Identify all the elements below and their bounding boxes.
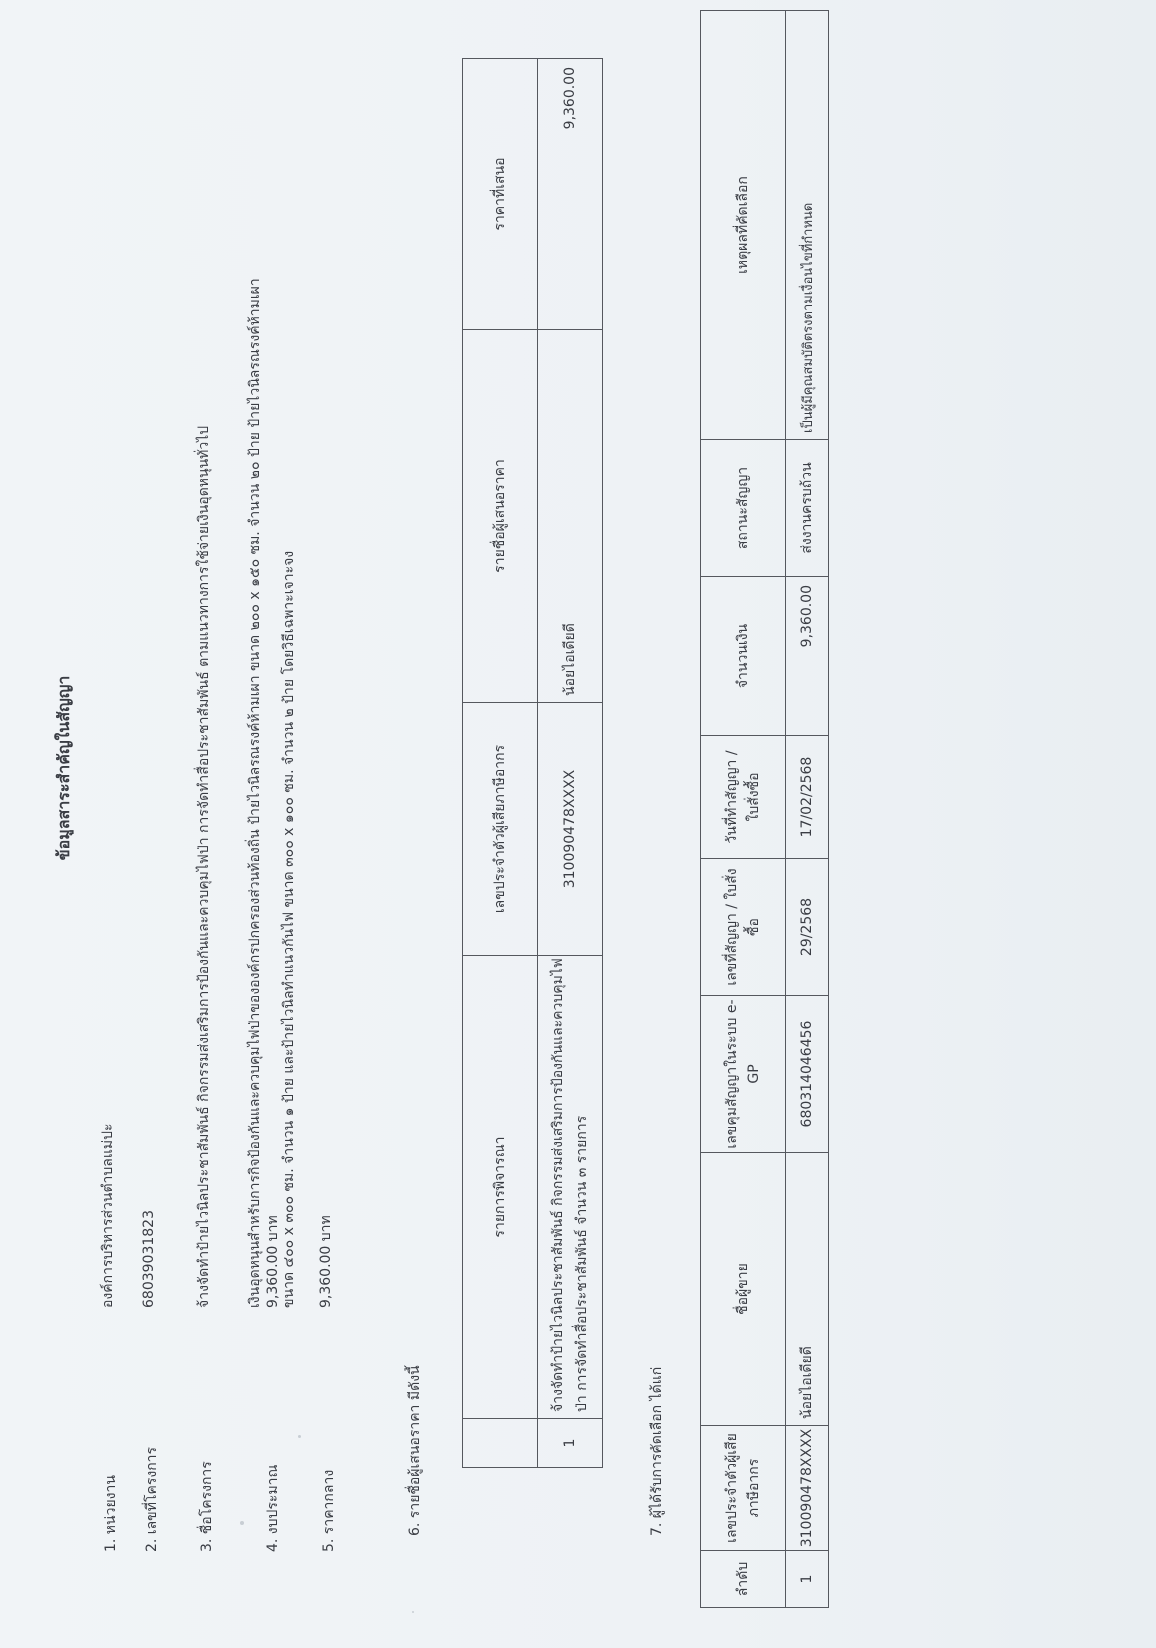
item-value-budget-line2: ขนาด ๔๐๐ x ๓๐๐ ซม. จำนวน ๑ ป้าย และป้ายไ… [281,551,297,1308]
col-item: รายการพิจารณา [463,956,538,1419]
item-value-median-price: 9,360.00 บาท [318,1215,334,1308]
col-reason: เหตุผลที่คัดเลือก [701,11,786,440]
col-egp-no: เลขคุมสัญญาในระบบ e-GP [701,996,786,1153]
selected-vendor-table: ลำดับ เลขประจำตัวผู้เสียภาษีอากร ชื่อผู้… [700,10,829,1608]
cell-reason: เป็นผู้มีคุณสมบัติตรงตามเงื่อนไขที่กำหนด [786,11,829,440]
item-value-project-no: 68039031823 [141,1210,157,1308]
item-value-budget-amount: 9,360.00 บาท [265,1215,281,1308]
item-label-project-name: 3. ชื่อโครงการ [196,1461,218,1552]
col-status: สถานะสัญญา [701,440,786,577]
section6-heading: 6. รายชื่อผู้เสนอราคา มีดังนี้ [404,1365,426,1536]
table-row: 1 310090478XXXX น้อยไอเดียดี 68031404645… [786,11,829,1608]
cell-amount: 9,360.00 [786,577,829,736]
col-price: ราคาที่เสนอ [463,59,538,330]
item-label-budget: 4. งบประมาณ [262,1464,284,1552]
col-tax-id: เลขประจำตัวผู้เสียภาษีอากร [701,1426,786,1551]
table-header-row: ลำดับ เลขประจำตัวผู้เสียภาษีอากร ชื่อผู้… [701,11,786,1608]
cell-price: 9,360.00 [538,59,603,330]
document-title: ข้อมูลสาระสำคัญในสัญญา [52,648,77,888]
cell-no: 1 [538,1419,603,1468]
cell-bidder: น้อยไอเดียดี [538,330,603,703]
table-header-row: รายการพิจารณา เลขประจำตัวผู้เสียภาษีอากร… [463,59,538,1468]
cell-vendor: น้อยไอเดียดี [786,1153,829,1426]
item-value-agency: องค์การบริหารส่วนตำบลแม่ปะ [100,1123,116,1308]
col-tax-id: เลขประจำตัวผู้เสียภาษีอากร [463,703,538,956]
item-value-budget-line1: เงินอุดหนุนสำหรับการกิจป้องกันและควบคุมไ… [247,278,263,1308]
scan-speck [298,1435,301,1438]
cell-contract-date: 17/02/2568 [786,736,829,859]
scanned-document-page: ข้อมูลสาระสำคัญในสัญญา 1. หน่วยงาน องค์ก… [0,0,1156,1648]
cell-contract-no: 29/2568 [786,859,829,996]
col-bidder: รายชื่อผู้เสนอราคา [463,330,538,703]
section7-heading: 7. ผู้ได้รับการคัดเลือก ได้แก่ [646,1367,668,1536]
cell-tax-id: 310090478XXXX [786,1426,829,1551]
bidders-table: รายการพิจารณา เลขประจำตัวผู้เสียภาษีอากร… [462,58,603,1468]
item-label-project-no: 2. เลขที่โครงการ [141,1447,163,1552]
col-no [463,1419,538,1468]
cell-no: 1 [786,1551,829,1608]
scan-speck [412,1611,414,1613]
cell-item: จ้างจัดทำป้ายไวนิลประชาสัมพันธ์ กิจกรรมส… [538,956,603,1419]
col-vendor: ชื่อผู้ขาย [701,1153,786,1426]
col-no: ลำดับ [701,1551,786,1608]
item-value-project-name: จ้างจัดทำป้ายไวนิลประชาสัมพันธ์ กิจกรรมส… [196,426,212,1308]
col-amount: จำนวนเงิน [701,577,786,736]
col-contract-date: วันที่ทำสัญญา / ใบสั่งซื้อ [701,736,786,859]
item-label-agency: 1. หน่วยงาน [100,1475,122,1552]
table-row: 1 จ้างจัดทำป้ายไวนิลประชาสัมพันธ์ กิจกรร… [538,59,603,1468]
item-label-median-price: 5. ราคากลาง [318,1470,340,1552]
col-contract-no: เลขที่สัญญา / ใบสั่งซื้อ [701,859,786,996]
scan-speck [240,1521,244,1525]
cell-status: ส่งงานครบถ้วน [786,440,829,577]
cell-egp-no: 680314046456 [786,996,829,1153]
cell-tax-id: 310090478XXXX [538,703,603,956]
